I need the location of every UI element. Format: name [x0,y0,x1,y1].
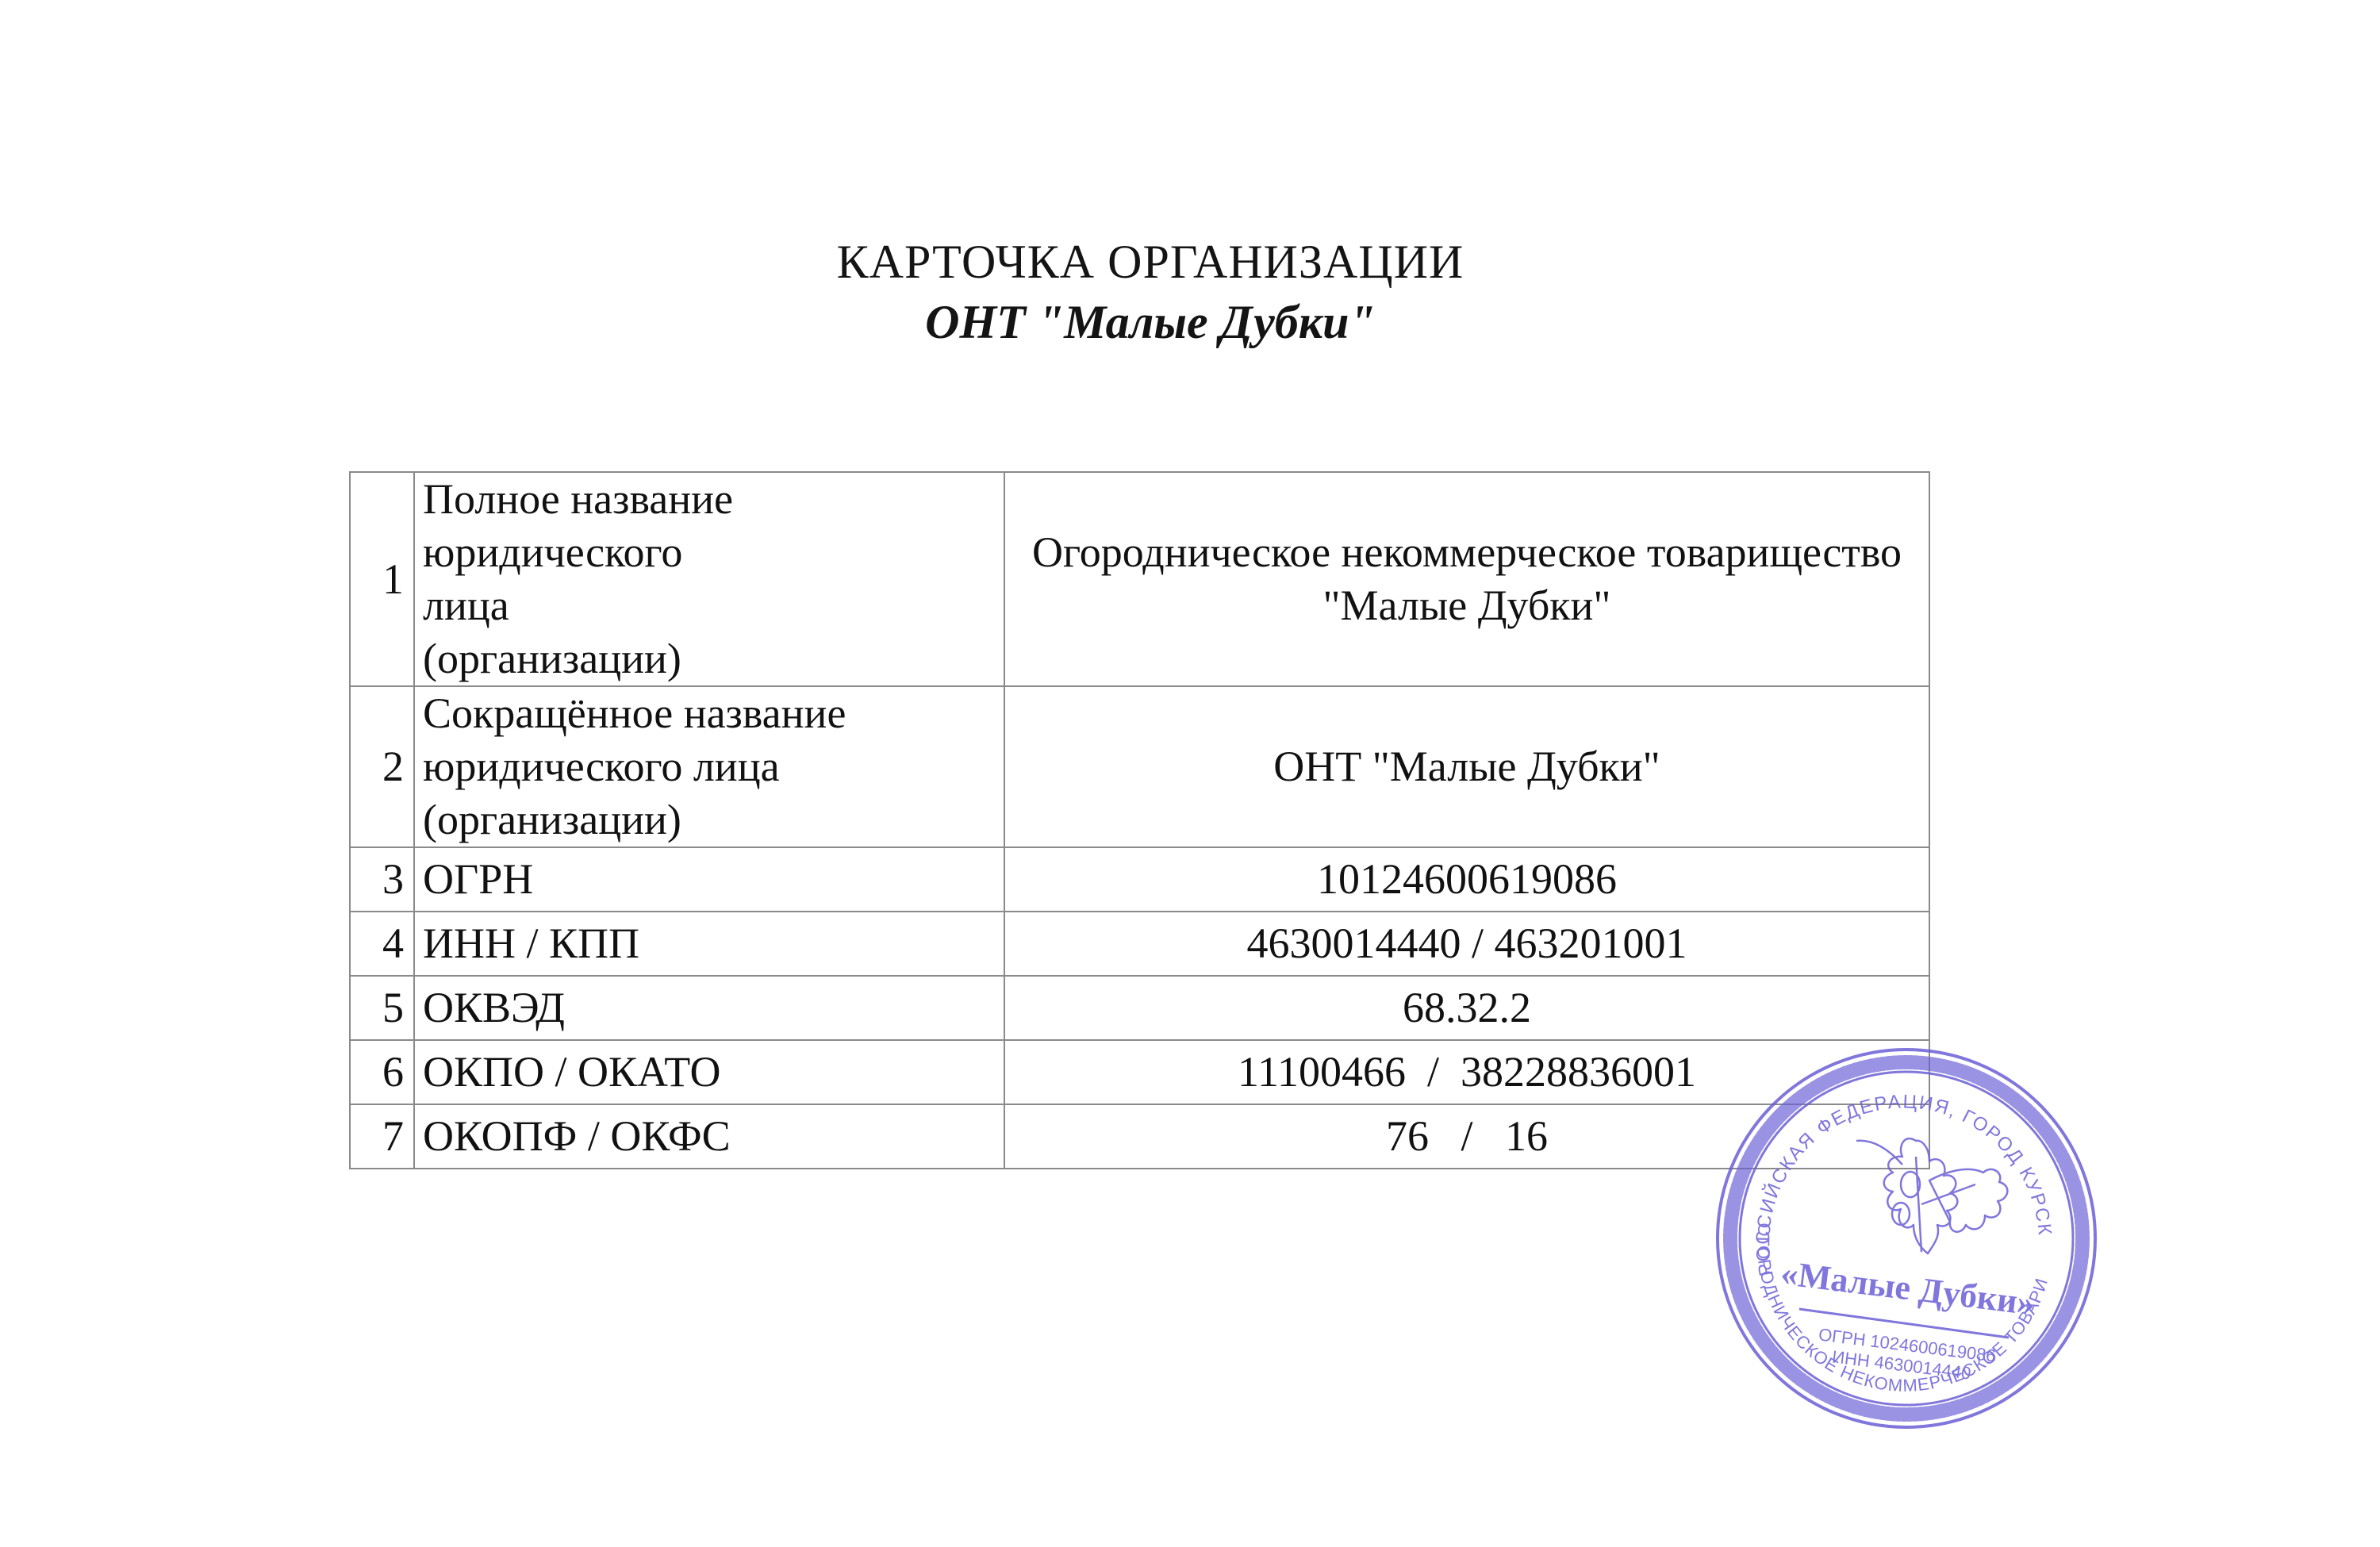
row-number: 4 [350,912,414,976]
organization-stamp: РОССИЙСКАЯ ФЕДЕРАЦИЯ, ГОРОД КУРСК ОГОРОД… [1714,1046,2099,1431]
table-row: 7 ОКОПФ / ОКФС 76 / 16 [350,1104,1929,1169]
table-row: 5 ОКВЭД 68.32.2 [350,976,1929,1040]
table-row: 2 Сокращённое название юридического лица… [350,686,1929,847]
document-title: КАРТОЧКА ОРГАНИЗАЦИИ [0,232,2301,292]
row-number: 3 [350,847,414,912]
row-value: Огородническое некоммерческое товарищест… [1004,472,1929,686]
organization-card-table: 1 Полное название юридического лица (орг… [349,471,1930,1169]
row-value: 68.32.2 [1004,976,1929,1040]
row-value: 4630014440 / 463201001 [1004,912,1929,976]
row-value: ОНТ "Малые Дубки" [1004,686,1929,847]
oak-leaf-icon [1856,1138,2007,1253]
table-row: 1 Полное название юридического лица (орг… [350,472,1929,686]
table-row: 3 ОГРН 10124600619086 [350,847,1929,912]
row-label: ОКВЭД [414,976,1004,1040]
stamp-top-text: РОССИЙСКАЯ ФЕДЕРАЦИЯ, ГОРОД КУРСК [1752,1091,2056,1277]
row-label: Полное название юридического лица (орган… [414,472,1004,686]
row-label: ОКПО / ОКАТО [414,1040,1004,1104]
row-number: 2 [350,686,414,847]
row-number: 7 [350,1104,414,1169]
row-label: ОКОПФ / ОКФС [414,1104,1004,1169]
organization-short-name: ОНТ "Малые Дубки" [0,292,2301,352]
row-number: 1 [350,472,414,686]
stamp-seal: РОССИЙСКАЯ ФЕДЕРАЦИЯ, ГОРОД КУРСК ОГОРОД… [1714,1046,2099,1431]
row-label: Сокращённое название юридического лица (… [414,686,1004,847]
row-number: 5 [350,976,414,1040]
row-value: 10124600619086 [1004,847,1929,912]
table-row: 6 ОКПО / ОКАТО 11100466 / 38228836001 [350,1040,1929,1104]
table-row: 4 ИНН / КПП 4630014440 / 463201001 [350,912,1929,976]
row-label: ОГРН [414,847,1004,912]
row-number: 6 [350,1040,414,1104]
row-label: ИНН / КПП [414,912,1004,976]
